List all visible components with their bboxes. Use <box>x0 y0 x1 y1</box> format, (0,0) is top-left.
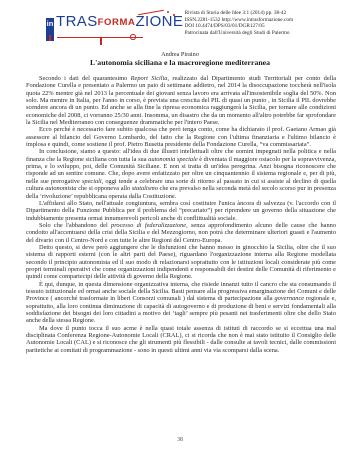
page-header: inTRASFORMAZIONE Rivista di Storia delle… <box>46 10 338 42</box>
body-paragraph: L'affidarsi allo Stato, nell'attuale con… <box>26 200 336 222</box>
logo-boxtick-decoration <box>49 35 51 41</box>
intrasformazione-logo: inTRASFORMAZIONE <box>46 10 185 42</box>
body-paragraph: È qui, dunque, in questa dimensione orga… <box>26 281 336 325</box>
journal-info-line: Rivista di Storia delle Idee 3:1 (2014) … <box>185 10 338 17</box>
article-author: Andrea Piraino <box>0 51 360 58</box>
logo-dot-decoration <box>173 14 175 16</box>
logo-dot-decoration <box>167 11 169 13</box>
body-paragraph: Detto questo, si deve però aggiungere ch… <box>26 244 336 281</box>
article-title: L'autonomia siciliana e la macroregione … <box>0 58 360 67</box>
page-number: 38 <box>0 437 360 443</box>
body-paragraph: Ma dove il punto tocca il suo acme è nel… <box>26 325 336 354</box>
logo-text-forma: FORMA <box>98 17 136 28</box>
logo-circle-decoration <box>130 34 136 40</box>
journal-page: inTRASFORMAZIONE Rivista di Storia delle… <box>0 0 360 466</box>
logo-text-zione: ZIONE <box>135 13 183 30</box>
journal-info-line: ISSN.2281-1532 http://www.intrasformazio… <box>185 17 338 24</box>
article-body: Secondo i dati del quarantesimo Report S… <box>26 75 336 354</box>
journal-info: Rivista di Storia delle Idee 3:1 (2014) … <box>185 10 338 42</box>
journal-info-line: DOI 10.4474/DPS/03/01/DGR127/05 <box>185 23 338 30</box>
logo-text-tras: TRAS <box>56 13 98 30</box>
title-block: Andrea Piraino L'autonomia siciliana e l… <box>0 51 360 67</box>
body-paragraph: Ecco perché è necessario fare subito qua… <box>26 126 336 148</box>
body-paragraph: Secondo i dati del quarantesimo Report S… <box>26 75 336 126</box>
body-paragraph: Solo che l'abbandono del processo di fed… <box>26 222 336 244</box>
logo-tick-decoration <box>100 37 102 45</box>
journal-info-line: Patrocinata dall'Università degli Studi … <box>185 30 338 37</box>
body-paragraph: In conclusione, siamo a questo: all'idea… <box>26 148 336 199</box>
